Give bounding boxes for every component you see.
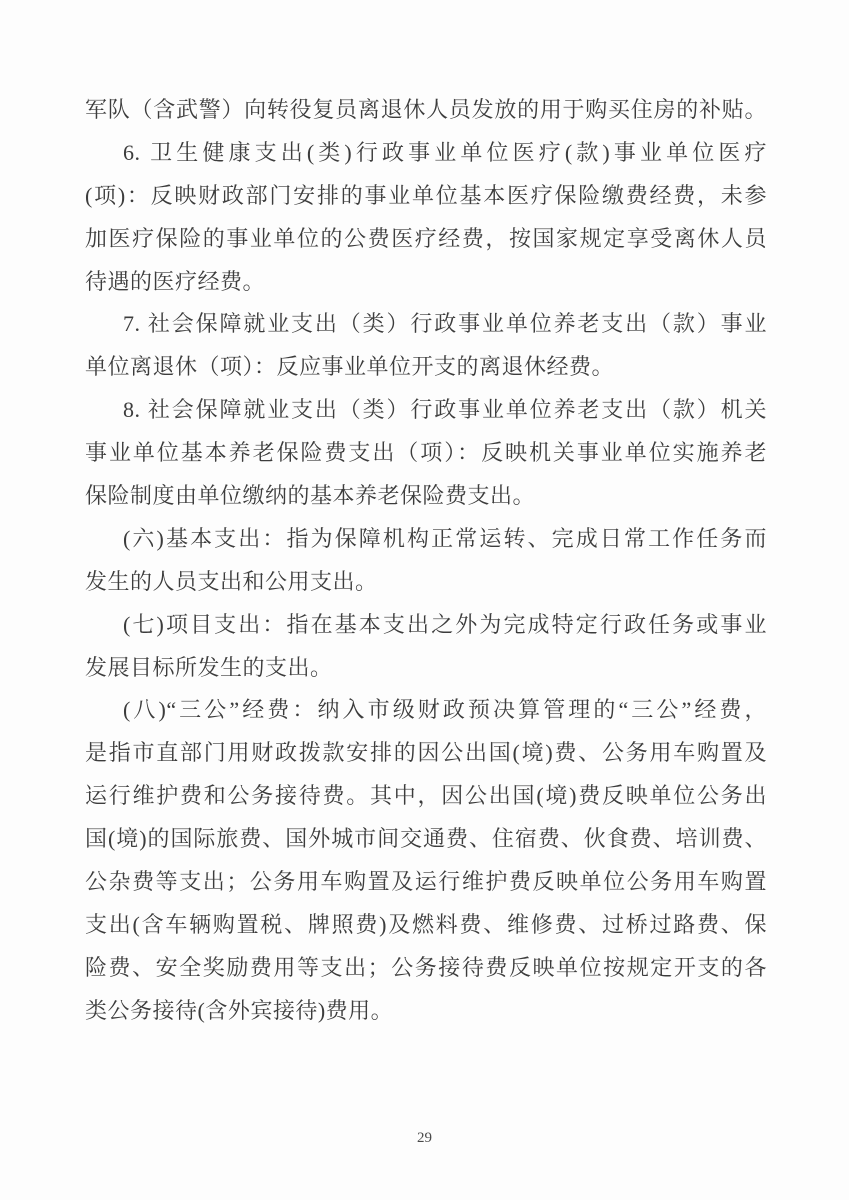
text-line: 待遇的医疗经费。 — [85, 261, 767, 304]
text-line: 加医疗保险的事业单位的公费医疗经费，按国家规定享受离休人员 — [85, 218, 767, 261]
document-body: 军队（含武警）向转役复员离退休人员发放的用于购买住房的补贴。6. 卫生健康支出(… — [85, 89, 767, 1033]
text-line: 是指市直部门用财政拨款安排的因公出国(境)费、公务用车购置及 — [85, 732, 767, 775]
text-line: 保险制度由单位缴纳的基本养老保险费支出。 — [85, 475, 767, 518]
text-line: (七)项目支出：指在基本支出之外为完成特定行政任务或事业 — [85, 604, 767, 647]
text-line: 运行维护费和公务接待费。其中，因公出国(境)费反映单位公务出 — [85, 775, 767, 818]
text-line: 类公务接待(含外宾接待)费用。 — [85, 990, 767, 1033]
text-line: 单位离退休（项）：反应事业单位开支的离退休经费。 — [85, 346, 767, 389]
text-line: 7. 社会保障就业支出（类）行政事业单位养老支出（款）事业 — [85, 303, 767, 346]
text-line: 事业单位基本养老保险费支出（项）：反映机关事业单位实施养老 — [85, 432, 767, 475]
text-line: 公杂费等支出；公务用车购置及运行维护费反映单位公务用车购置 — [85, 861, 767, 904]
text-line: 6. 卫生健康支出(类)行政事业单位医疗(款)事业单位医疗 — [85, 132, 767, 175]
text-line: 支出(含车辆购置税、牌照费)及燃料费、维修费、过桥过路费、保 — [85, 904, 767, 947]
text-line: (八)“三公”经费：纳入市级财政预决算管理的“三公”经费， — [85, 689, 767, 732]
text-line: (项)：反映财政部门安排的事业单位基本医疗保险缴费经费，未参 — [85, 175, 767, 218]
text-line: 军队（含武警）向转役复员离退休人员发放的用于购买住房的补贴。 — [85, 89, 767, 132]
text-line: 国(境)的国际旅费、国外城市间交通费、住宿费、伙食费、培训费、 — [85, 818, 767, 861]
text-line: (六)基本支出：指为保障机构正常运转、完成日常工作任务而 — [85, 518, 767, 561]
page-number: 29 — [0, 1130, 849, 1147]
text-line: 8. 社会保障就业支出（类）行政事业单位养老支出（款）机关 — [85, 389, 767, 432]
page: 军队（含武警）向转役复员离退休人员发放的用于购买住房的补贴。6. 卫生健康支出(… — [0, 0, 849, 1200]
text-line: 险费、安全奖励费用等支出；公务接待费反映单位按规定开支的各 — [85, 947, 767, 990]
text-line: 发生的人员支出和公用支出。 — [85, 561, 767, 604]
text-line: 发展目标所发生的支出。 — [85, 647, 767, 690]
